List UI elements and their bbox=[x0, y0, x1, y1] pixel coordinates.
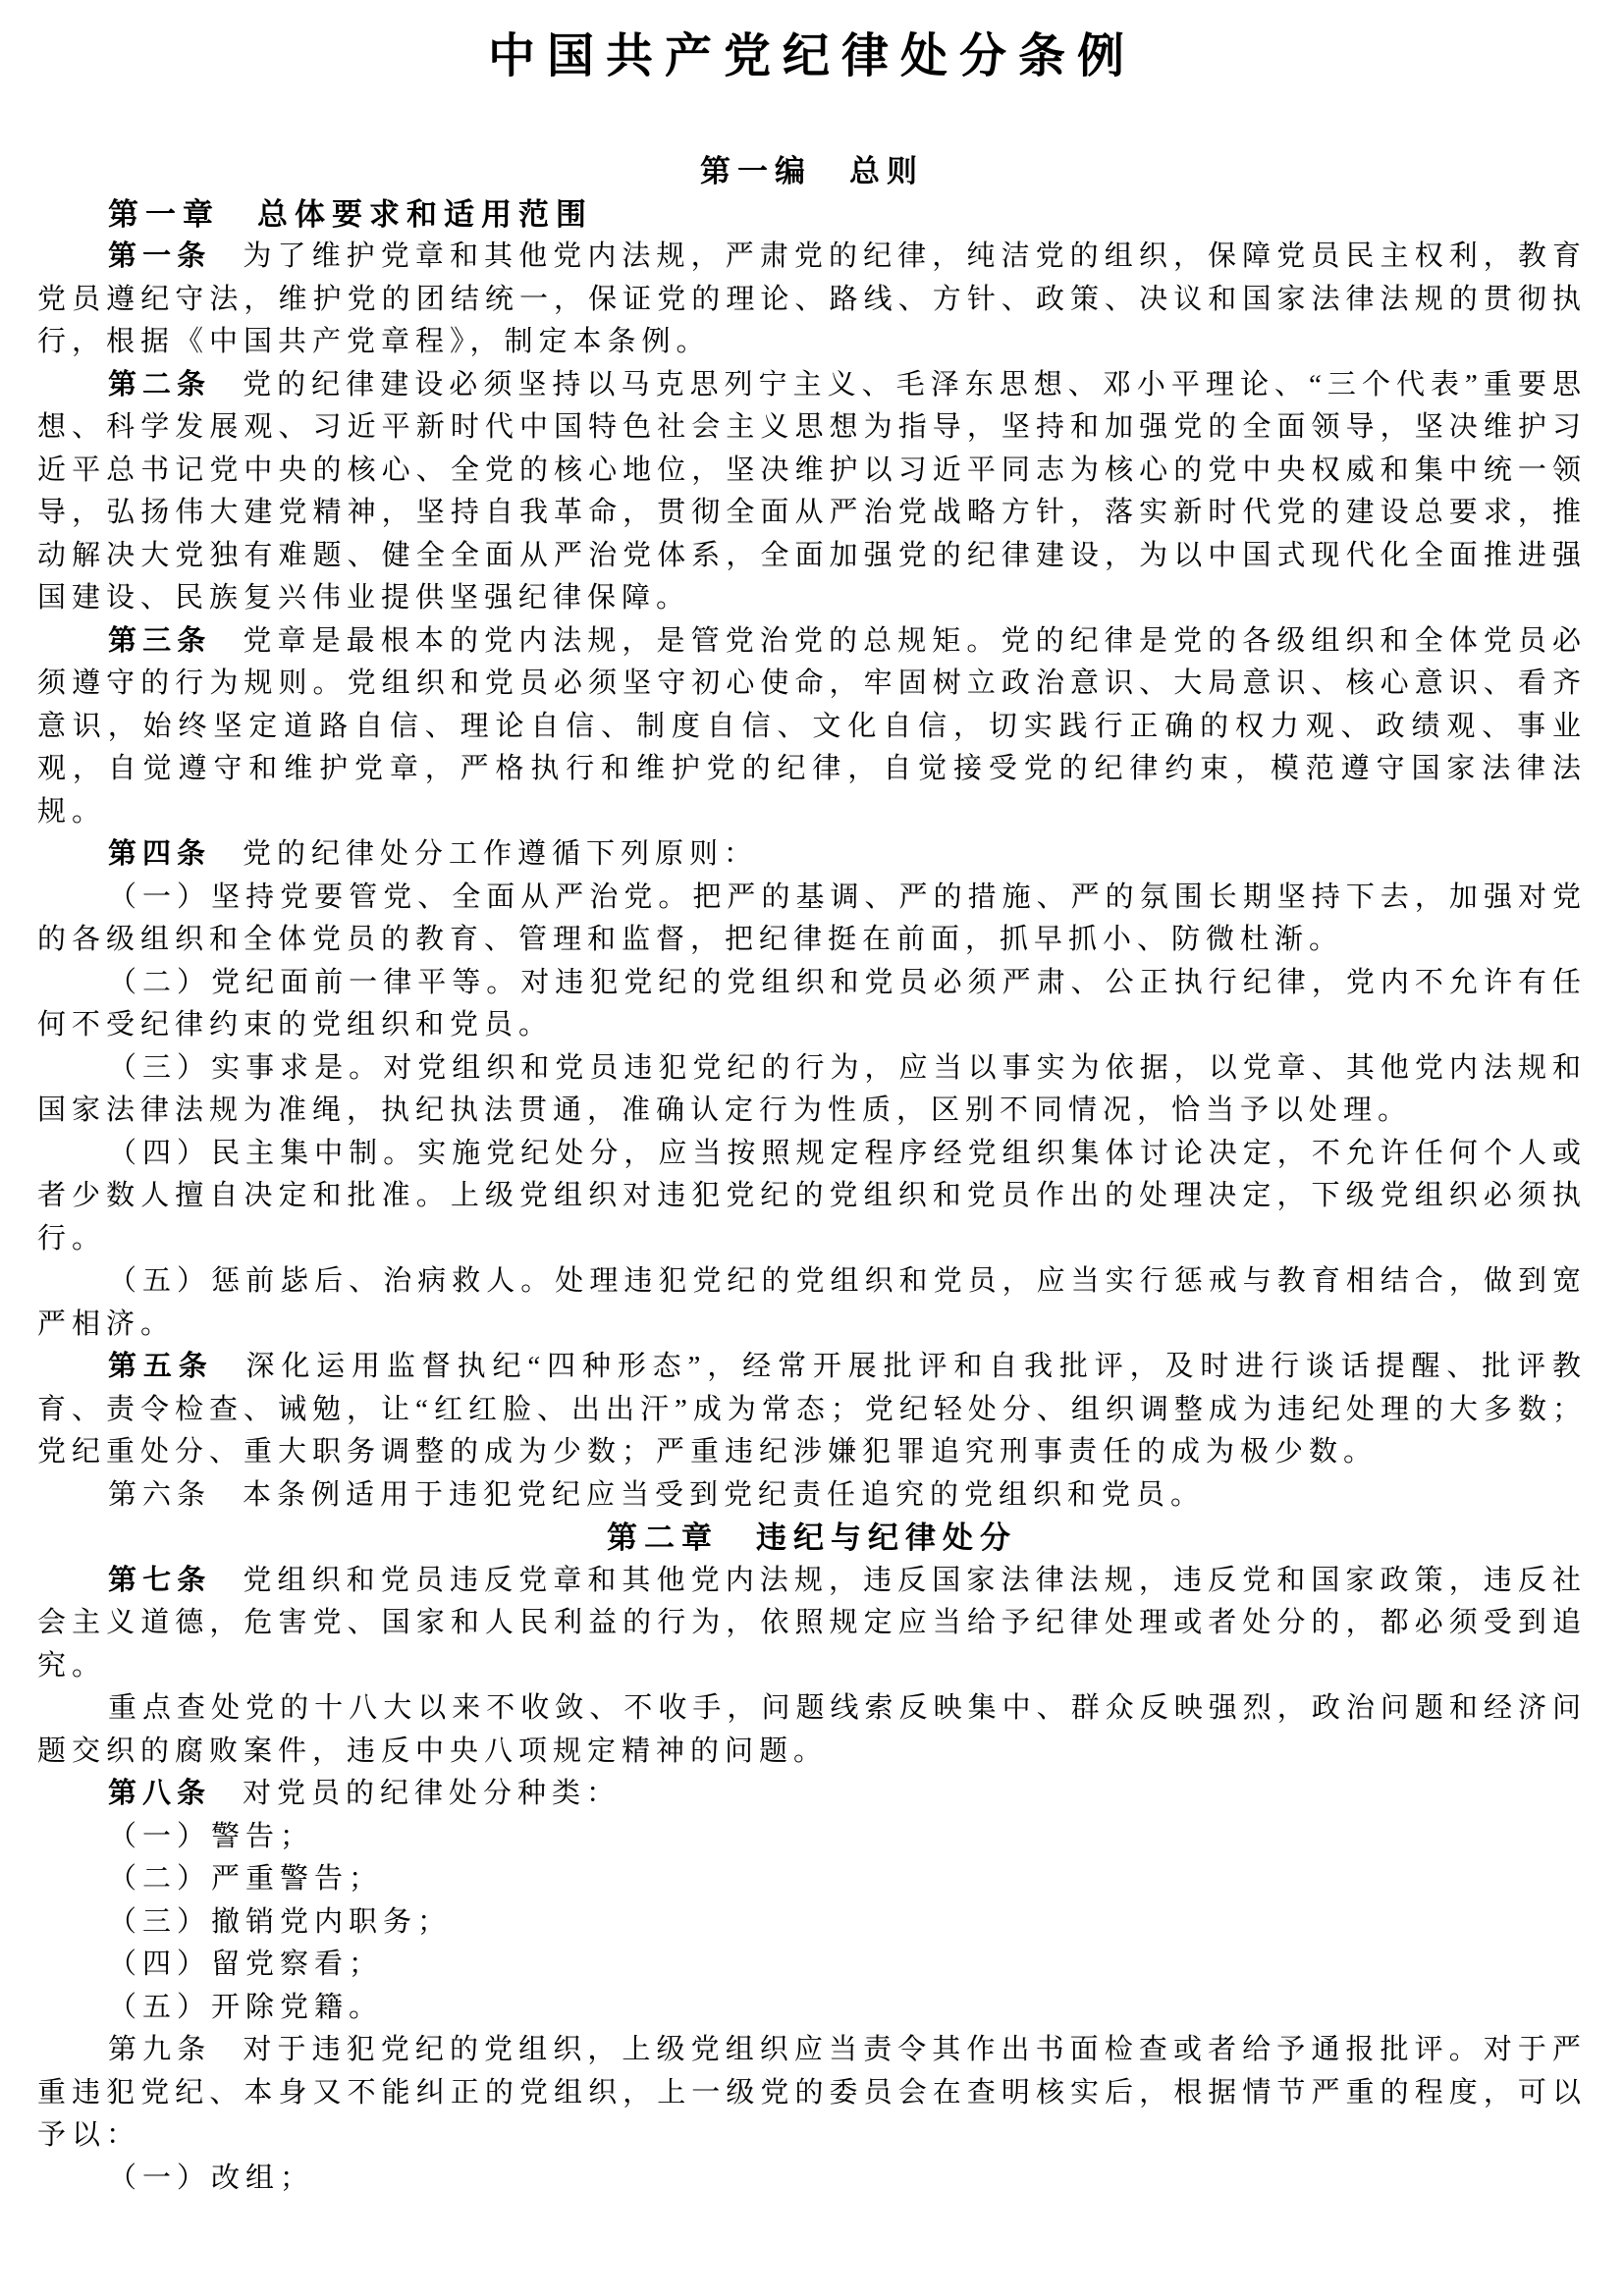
article-text: 对党员的纪律处分种类： bbox=[243, 1778, 621, 1809]
article-paragraph: 第四条党的纪律处分工作遵循下列原则： bbox=[37, 833, 1587, 877]
document-page: 中国共产党纪律处分条例 第一编 总则第一章 总体要求和适用范围第一条为了维护党章… bbox=[0, 0, 1624, 2296]
article-paragraph: 第九条对于违犯党纪的党组织，上级党组织应当责令其作出书面检查或者给予通报批评。对… bbox=[37, 2029, 1587, 2158]
clause-paragraph: 重点查处党的十八大以来不收敛、不收手，问题线索反映集中、群众反映强烈，政治问题和… bbox=[37, 1687, 1587, 1773]
article-paragraph: 第八条对党员的纪律处分种类： bbox=[37, 1773, 1587, 1816]
article-paragraph: 第六条本条例适用于违犯党纪应当受到党纪责任追究的党组织和党员。 bbox=[37, 1474, 1587, 1518]
clause-paragraph: （二）党纪面前一律平等。对违犯党纪的党组织和党员必须严肃、公正执行纪律，党内不允… bbox=[37, 962, 1587, 1047]
article-number: 第六条 bbox=[108, 1479, 211, 1511]
article-paragraph: 第一条为了维护党章和其他党内法规，严肃党的纪律，纯洁党的组织，保障党员民主权利，… bbox=[37, 236, 1587, 364]
article-number: 第四条 bbox=[108, 838, 211, 870]
chapter-heading: 第一章 总体要求和适用范围 bbox=[37, 193, 1587, 237]
article-text: 党的纪律处分工作遵循下列原则： bbox=[243, 838, 758, 870]
article-number: 第一条 bbox=[108, 240, 211, 272]
article-number: 第二条 bbox=[108, 369, 211, 400]
article-text: 党的纪律建设必须坚持以马克思列宁主义、毛泽东思想、邓小平理论、“三个代表”重要思… bbox=[37, 369, 1587, 614]
article-text: 深化运用监督执纪“四种形态”，经常开展批评和自我批评，及时进行谈话提醒、批评教育… bbox=[37, 1351, 1587, 1468]
article-text: 党组织和党员违反党章和其他党内法规，违反国家法律法规，违反党和国家政策，违反社会… bbox=[37, 1565, 1587, 1682]
clause-paragraph: （五）开除党籍。 bbox=[37, 1987, 1587, 2030]
article-number: 第九条 bbox=[108, 2034, 211, 2065]
article-paragraph: 第五条深化运用监督执纪“四种形态”，经常开展批评和自我批评，及时进行谈话提醒、批… bbox=[37, 1346, 1587, 1474]
article-text: 为了维护党章和其他党内法规，严肃党的纪律，纯洁党的组织，保障党员民主权利，教育党… bbox=[37, 240, 1587, 357]
clause-paragraph: （二）严重警告； bbox=[37, 1858, 1587, 1901]
chapter-heading: 第二章 违纪与纪律处分 bbox=[37, 1517, 1587, 1560]
part-heading: 第一编 总则 bbox=[37, 150, 1587, 193]
article-text: 对于违犯党纪的党组织，上级党组织应当责令其作出书面检查或者给予通报批评。对于严重… bbox=[37, 2034, 1587, 2151]
article-text: 本条例适用于违犯党纪应当受到党纪责任追究的党组织和党员。 bbox=[243, 1479, 1205, 1511]
clause-paragraph: （三）撤销党内职务； bbox=[37, 1901, 1587, 1945]
article-text: 党章是最根本的党内法规，是管党治党的总规矩。党的纪律是党的各级组织和全体党员必须… bbox=[37, 625, 1587, 828]
article-number: 第三条 bbox=[108, 625, 211, 657]
article-paragraph: 第七条党组织和党员违反党章和其他党内法规，违反国家法律法规，违反党和国家政策，违… bbox=[37, 1560, 1587, 1688]
clause-paragraph: （三）实事求是。对党组织和党员违犯党纪的行为，应当以事实为依据，以党章、其他党内… bbox=[37, 1047, 1587, 1133]
article-number: 第八条 bbox=[108, 1778, 211, 1809]
clause-paragraph: （四）民主集中制。实施党纪处分，应当按照规定程序经党组织集体讨论决定，不允许任何… bbox=[37, 1133, 1587, 1261]
clause-paragraph: （一）改组； bbox=[37, 2158, 1587, 2201]
document-body: 第一编 总则第一章 总体要求和适用范围第一条为了维护党章和其他党内法规，严肃党的… bbox=[37, 150, 1587, 2200]
article-paragraph: 第三条党章是最根本的党内法规，是管党治党的总规矩。党的纪律是党的各级组织和全体党… bbox=[37, 620, 1587, 834]
article-number: 第七条 bbox=[108, 1565, 211, 1596]
article-number: 第五条 bbox=[108, 1351, 214, 1382]
clause-paragraph: （五）惩前毖后、治病救人。处理违犯党纪的党组织和党员，应当实行惩戒与教育相结合，… bbox=[37, 1260, 1587, 1346]
clause-paragraph: （一）坚持党要管党、全面从严治党。把严的基调、严的措施、严的氛围长期坚持下去，加… bbox=[37, 877, 1587, 962]
clause-paragraph: （四）留党察看； bbox=[37, 1944, 1587, 1987]
clause-paragraph: （一）警告； bbox=[37, 1816, 1587, 1859]
document-title: 中国共产党纪律处分条例 bbox=[37, 24, 1587, 88]
article-paragraph: 第二条党的纪律建设必须坚持以马克思列宁主义、毛泽东思想、邓小平理论、“三个代表”… bbox=[37, 364, 1587, 620]
